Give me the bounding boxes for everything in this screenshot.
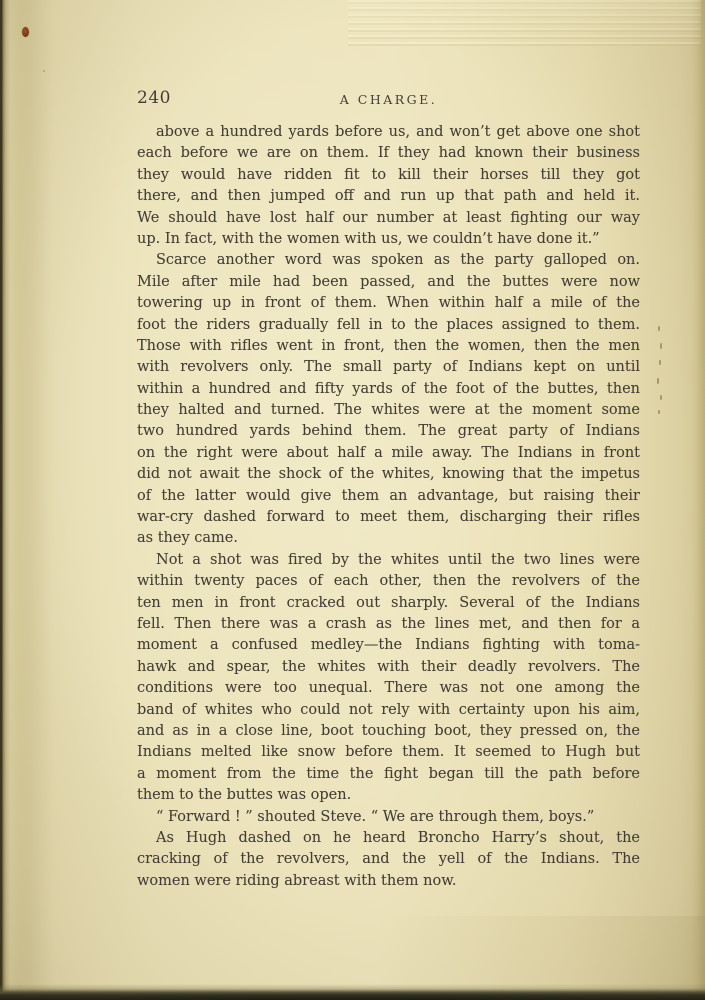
text-line: within twenty paces of each other, then … (137, 571, 640, 592)
text-line: with revolvers only. The small party of … (137, 357, 640, 378)
text-line: conditions were too unequal. There was n… (137, 678, 640, 699)
paper-speck (660, 395, 662, 400)
text-line: a moment from the time the fight began t… (137, 764, 640, 785)
text-line: band of whites who could not rely with c… (137, 700, 640, 721)
text-line: hawk and spear, the whites with their de… (137, 657, 640, 678)
text-line: Not a shot was fired by the whites until… (137, 550, 640, 571)
paper-speck (658, 326, 660, 331)
text-line: and as in a close line, boot touching bo… (137, 721, 640, 742)
text-line: they would have ridden fit to kill their… (137, 165, 640, 186)
text-line: there, and then jumped off and run up th… (137, 186, 640, 207)
paragraph: above a hundred yards before us, and won… (137, 122, 640, 250)
text-line: “ Forward ! ” shouted Steve. “ We are th… (137, 807, 640, 828)
paper-speck (660, 343, 662, 349)
text-line: of the latter would give them an advanta… (137, 486, 640, 507)
text-line: fell. Then there was a crash as the line… (137, 614, 640, 635)
text-line: them to the buttes was open. (137, 785, 640, 806)
text-line: as they came. (137, 528, 640, 549)
paper-speck (657, 378, 659, 384)
text-line: Indians melted like snow before them. It… (137, 742, 640, 763)
page-edge-streaks (348, 0, 701, 46)
paragraph: As Hugh dashed on he heard Broncho Harry… (137, 828, 640, 892)
page-number: 240 (137, 88, 171, 108)
paragraph: Scarce another word was spoken as the pa… (137, 250, 640, 549)
printed-text-block: 240 A CHARGE. above a hundred yards befo… (137, 88, 640, 892)
text-line: each before we are on them. If they had … (137, 143, 640, 164)
text-line: women were riding abreast with them now. (137, 871, 640, 892)
text-line: As Hugh dashed on he heard Broncho Harry… (137, 828, 640, 849)
text-line: on the right were about half a mile away… (137, 443, 640, 464)
text-line: Mile after mile had been passed, and the… (137, 272, 640, 293)
paper-speck (659, 360, 661, 365)
book-gutter-shadow (0, 0, 52, 1000)
text-line: did not await the shock of the whites, k… (137, 464, 640, 485)
text-line: up. In fact, with the women with us, we … (137, 229, 640, 250)
text-line: moment a confused medley—the Indians fig… (137, 635, 640, 656)
paragraph: Not a shot was fired by the whites until… (137, 550, 640, 807)
body-text: above a hundred yards before us, and won… (137, 122, 640, 892)
text-line: war-cry dashed forward to meet them, dis… (137, 507, 640, 528)
text-line: towering up in front of them. When withi… (137, 293, 640, 314)
page-right-edge-shade (691, 0, 705, 1000)
text-line: within a hundred and fifty yards of the … (137, 379, 640, 400)
text-line: they halted and turned. The whites were … (137, 400, 640, 421)
text-line: Scarce another word was spoken as the pa… (137, 250, 640, 271)
running-head: A CHARGE. (340, 92, 438, 107)
text-line: cracking of the revolvers, and the yell … (137, 849, 640, 870)
text-line: ten men in front cracked out sharply. Se… (137, 593, 640, 614)
paper-tone-patch (375, 916, 705, 986)
text-line: two hundred yards behind them. The great… (137, 421, 640, 442)
page-header: 240 A CHARGE. (137, 88, 640, 110)
paper-speck (43, 70, 45, 72)
scanned-book-page: 240 A CHARGE. above a hundred yards befo… (0, 0, 705, 1000)
text-line: We should have lost half our number at l… (137, 208, 640, 229)
text-line: above a hundred yards before us, and won… (137, 122, 640, 143)
text-line: Those with rifles went in front, then th… (137, 336, 640, 357)
book-bottom-edge (0, 984, 705, 1000)
foxing-spot (22, 27, 29, 37)
paragraph: “ Forward ! ” shouted Steve. “ We are th… (137, 807, 640, 828)
paper-speck (658, 410, 660, 414)
text-line: foot the riders gradually fell in to the… (137, 315, 640, 336)
